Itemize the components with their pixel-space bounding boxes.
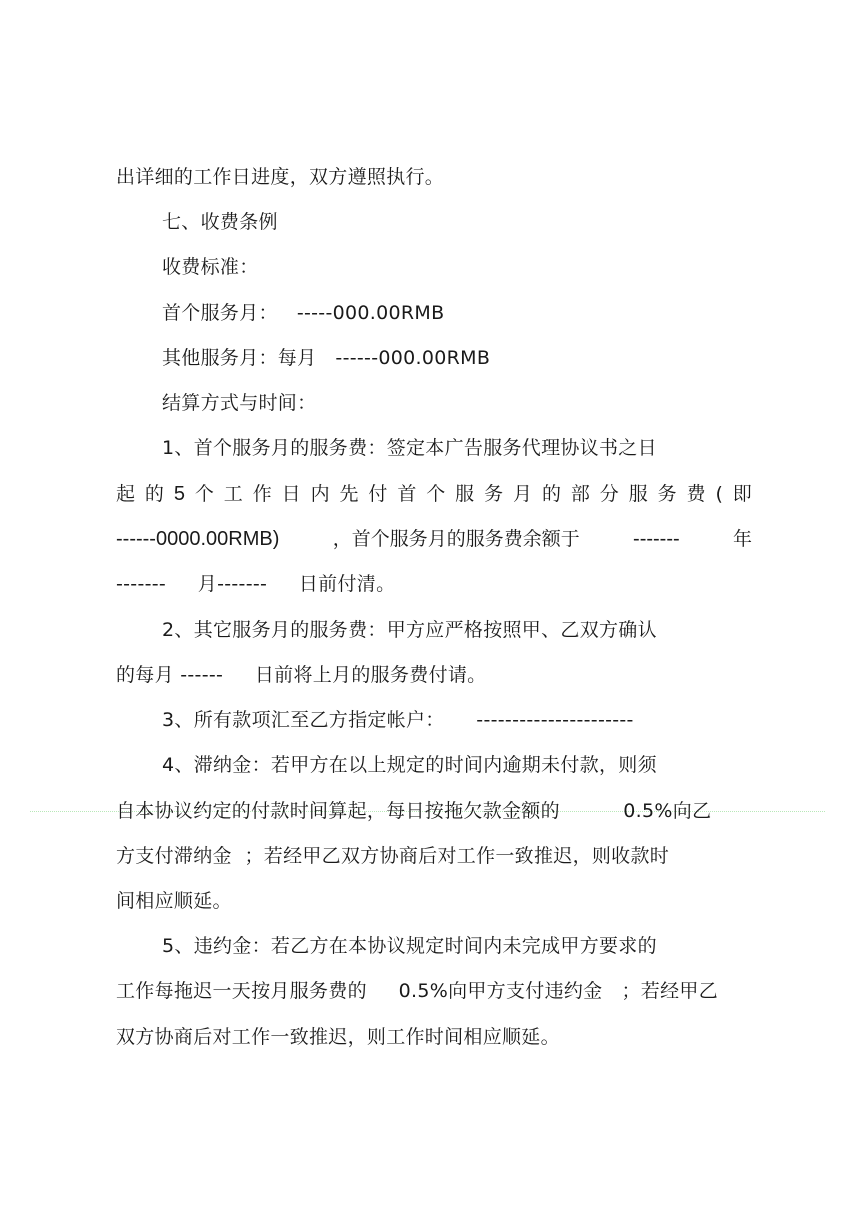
word: 费 [687, 483, 706, 505]
text-line-fee-standard: 收费标准： [162, 256, 798, 278]
clause-5-line-2: 工作每拖迟一天按月服务费的 0.5%向甲方支付违约金 ；若经甲乙 [116, 980, 752, 1002]
word: 作 [253, 483, 272, 505]
word: 分 [600, 483, 619, 505]
word: 付 [368, 483, 387, 505]
word: 首 [397, 483, 416, 505]
clause-1-line-3: ------0000.00RMB) ，首个服务月的服务费余额于 ------- … [116, 528, 752, 550]
word: ------- [633, 528, 680, 550]
clause-1-line-4: ------- 月------- 日前付清。 [116, 573, 752, 595]
text-line-1: 出详细的工作日进度，双方遵照执行。 [116, 166, 752, 188]
word: 服 [629, 483, 648, 505]
clause-4-line-4: 间相应顺延。 [116, 890, 752, 912]
text-line-other-month-fee: 其他服务月：每月 ------000.00RMB [162, 347, 798, 369]
word: 务 [484, 483, 503, 505]
clause-2-line-2: 的每月 ------ 日前将上月的服务费付请。 [116, 664, 752, 686]
word: 服 [455, 483, 474, 505]
text-line-settlement-heading: 结算方式与时间： [162, 392, 798, 414]
word: 个 [195, 483, 214, 505]
word: 先 [339, 483, 358, 505]
clause-5-line-1: 5、违约金：若乙方在本协议规定时间内未完成甲方要求的 [162, 935, 798, 957]
word: 务 [658, 483, 677, 505]
section-heading-fees: 七、收费条例 [162, 211, 798, 233]
word: ，首个服务月的服务费余额于 [333, 528, 580, 550]
word: 的 [145, 483, 164, 505]
clause-1-line-2: 起 的 5 个 工 作 日 内 先 付 首 个 服 务 月 的 部 分 服 务 … [116, 483, 752, 505]
word: 日 [282, 483, 301, 505]
word: 的 [542, 483, 561, 505]
word: 部 [571, 483, 590, 505]
word: ------0000.00RMB) [116, 528, 279, 550]
clause-4-line-2: 自本协议约定的付款时间算起，每日按拖欠款金额的 0.5%向乙 [116, 800, 752, 822]
clause-4-line-3: 方支付滞纳金 ；若经甲乙双方协商后对工作一致推迟，则收款时 [116, 845, 752, 867]
word: 即 [733, 483, 752, 505]
clause-3-line-1: 3、所有款项汇至乙方指定帐户： ---------------------- [162, 709, 798, 731]
document-page: 出详细的工作日进度，双方遵照执行。 七、收费条例 收费标准： 首个服务月： --… [0, 0, 860, 1218]
clause-2-line-1: 2、其它服务月的服务费：甲方应严格按照甲、乙双方确认 [162, 619, 798, 641]
word: 起 [116, 483, 135, 505]
clause-4-line-1: 4、滞纳金：若甲方在以上规定的时间内逾期未付款，则须 [162, 754, 798, 776]
word: 个 [426, 483, 445, 505]
clause-5-line-3: 双方协商后对工作一致推迟，则工作时间相应顺延。 [116, 1026, 752, 1048]
clause-1-line-1: 1、首个服务月的服务费：签定本广告服务代理协议书之日 [162, 437, 798, 459]
word: ( [715, 483, 722, 505]
word: 5 [174, 483, 185, 505]
word: 年 [733, 528, 752, 550]
word: 月 [513, 483, 532, 505]
word: 工 [224, 483, 243, 505]
word: 内 [311, 483, 330, 505]
text-line-first-month-fee: 首个服务月： -----000.00RMB [162, 302, 798, 324]
